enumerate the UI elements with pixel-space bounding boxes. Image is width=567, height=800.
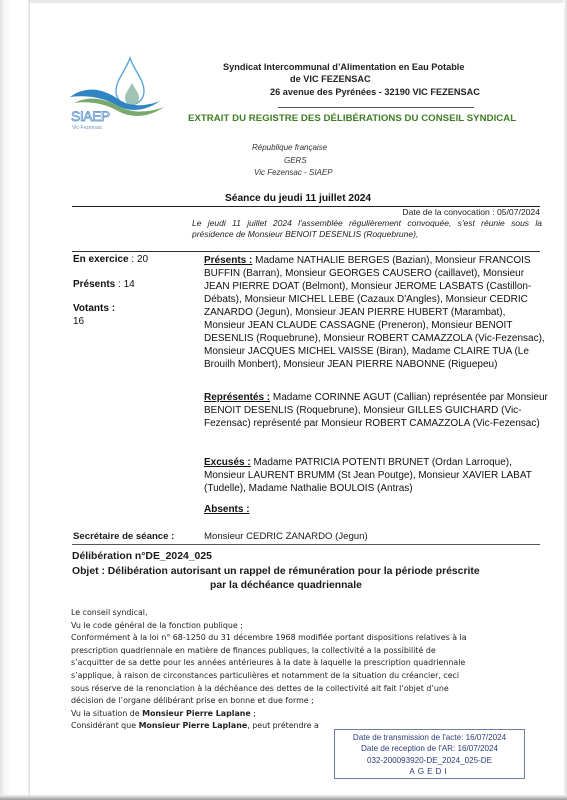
presents-list: Madame NATHALIE BERGES (Bazian), Monsieu… (204, 255, 545, 370)
body-line: prescription quadriennale en matière de … (71, 645, 561, 658)
deliberation-objet-line2: par la déchéance quadriennale (210, 580, 362, 591)
presents-heading: Présents : (204, 255, 252, 266)
votants-label: Votants : (73, 303, 115, 314)
body-line: Vu la situation de Monsieur Pierre Lapla… (71, 708, 561, 721)
body-line: Vu le code général de la fonction publiq… (71, 620, 561, 633)
seance-intro: Le jeudi 11 juillet 2024 l'assemblée rég… (192, 218, 542, 240)
secretaire-value: Monsieur CEDRIC ZANARDO (Jegun) (204, 531, 368, 542)
presents-block: Présents : Madame NATHALIE BERGES (Bazia… (204, 254, 549, 371)
header-divider (278, 107, 474, 108)
commune-line: Vic Fezensac - SIAEP (254, 168, 333, 177)
secretaire-label: Secrétaire de séance : (73, 531, 174, 542)
department-line: GERS (284, 156, 307, 165)
body-line: décision de l’organe délibérant prise en… (71, 695, 561, 708)
body-line: sous réserve de la renonciation à la déc… (71, 683, 561, 696)
stamp-reference: 032-200093920-DE_2024_025-DE (335, 755, 524, 766)
org-location: de VIC FEZENSAC (290, 74, 371, 84)
excuses-heading: Excusés : (204, 457, 251, 468)
representes-block: Représentés : Madame CORINNE AGUT (Calli… (204, 391, 549, 430)
absents-heading: Absents : (204, 504, 250, 515)
scan-edge-bottom (0, 795, 567, 800)
scan-edge-left (0, 0, 30, 800)
register-title: EXTRAIT DU REGISTRE DES DÉLIBÉRATIONS DU… (188, 113, 516, 124)
deliberation-number: Délibération n°DE_2024_025 (72, 551, 212, 562)
scan-edge-right (563, 0, 567, 800)
secretaire-divider (72, 544, 540, 545)
org-name: Syndicat Intercommunal d’Alimentation en… (223, 62, 464, 72)
transmission-stamp: Date de transmission de l'acte: 16/07/20… (334, 729, 525, 779)
svg-text:Vic-Fezensac: Vic-Fezensac (72, 125, 103, 131)
republic-line: République française (252, 143, 327, 152)
siaep-logo: SIAEP Vic-Fezensac (68, 55, 168, 133)
body-line: s’applique, à raison de circonstances pa… (71, 670, 561, 683)
stamp-reception-date: Date de reception de l'AR: 16/07/2024 (335, 743, 524, 754)
excuses-list: Madame PATRICIA POTENTI BRUNET (Ordan La… (204, 457, 532, 494)
absents-block: Absents : (204, 503, 549, 516)
stamp-agency: AGEDI (335, 766, 524, 777)
svg-text:SIAEP: SIAEP (71, 108, 110, 124)
body-line: Le conseil syndical, (71, 607, 561, 620)
stamp-transmission-date: Date de transmission de l'acte: 16/07/20… (335, 732, 524, 743)
seance-title: Séance du jeudi 11 juillet 2024 (225, 193, 371, 204)
presents-count: Présents : 14 (73, 279, 135, 290)
water-drop-wave-logo-icon: SIAEP Vic-Fezensac (68, 55, 168, 133)
excuses-block: Excusés : Madame PATRICIA POTENTI BRUNET… (204, 456, 549, 495)
body-line: s’acquitter de sa dette pour les années … (71, 657, 561, 670)
body-line: Conformément à la loi n° 68-1250 du 31 d… (71, 632, 561, 645)
deliberation-objet-line1: Objet : Délibération autorisant un rappe… (72, 566, 480, 577)
votants-count: 16 (73, 316, 84, 327)
deliberation-body: Le conseil syndical, Vu le code général … (71, 607, 561, 733)
convocation-date: Date de la convocation : 05/07/2024 (402, 207, 540, 217)
org-address: 26 avenue des Pyrénées - 32190 VIC FEZEN… (270, 87, 480, 97)
representes-heading: Représentés : (204, 392, 270, 403)
scan-edge-top (0, 0, 567, 3)
en-exercice-count: En exercice : 20 (73, 254, 148, 265)
attendance-divider (72, 251, 540, 252)
